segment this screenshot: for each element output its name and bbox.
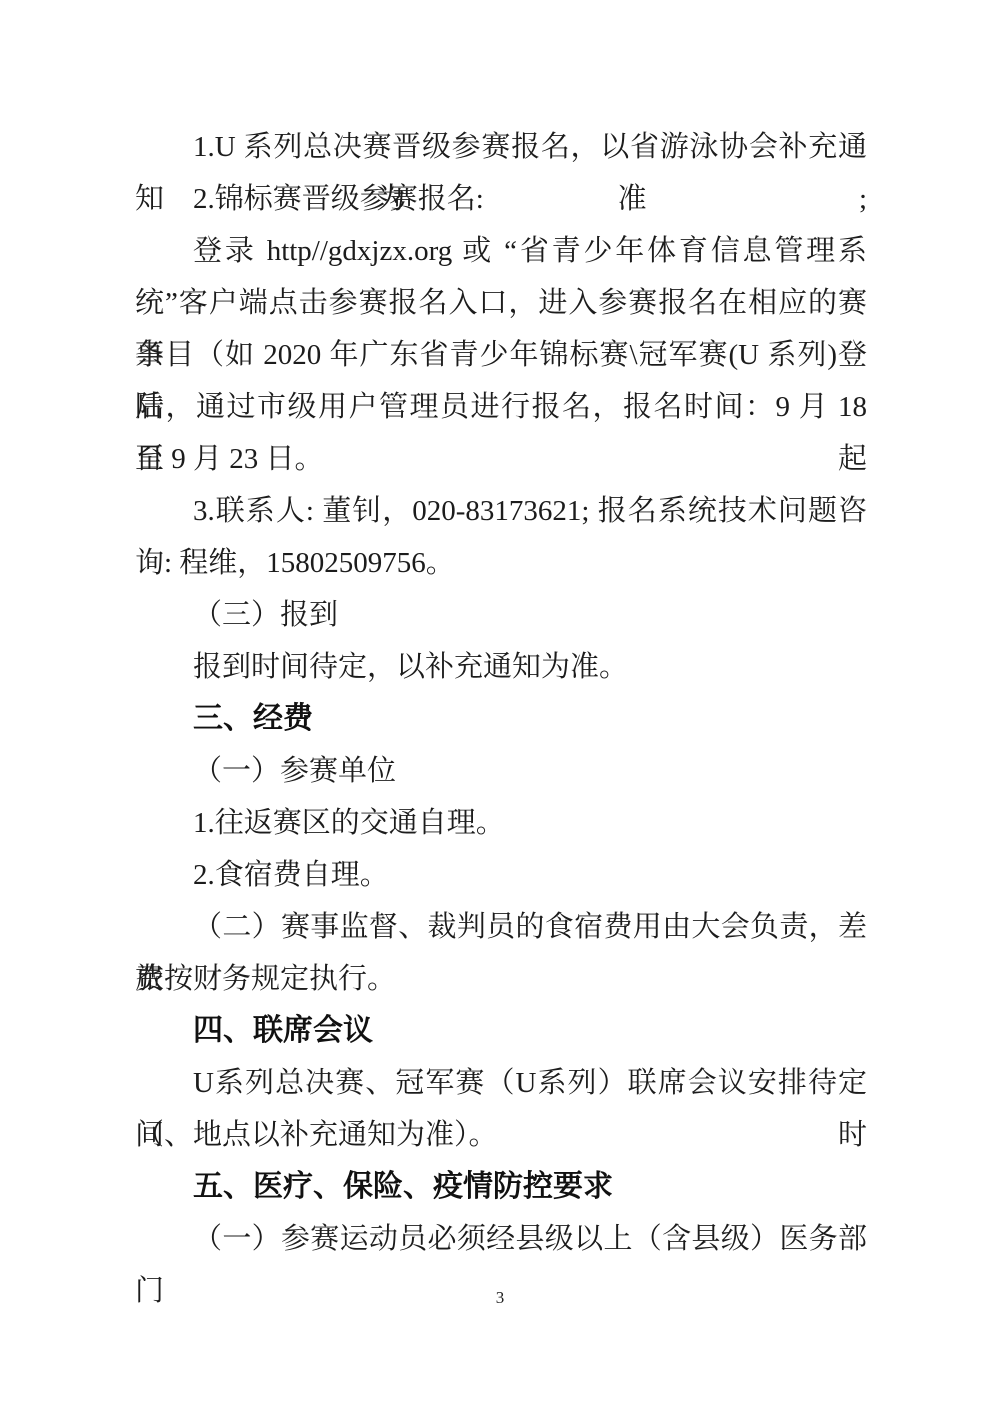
paragraph-line: （三）报到: [135, 589, 867, 641]
document-body: 1.U 系列总决赛晋级参赛报名，以省游泳协会补充通知为准; 2.锦标赛晋级参赛报…: [135, 121, 867, 1265]
paragraph-line: （一）参赛运动员必须经县级以上（含县级）医务部门: [135, 1213, 867, 1265]
section-heading: 五、医疗、保险、疫情防控要求: [135, 1161, 867, 1213]
paragraph-line: 后，通过市级用户管理员进行报名，报名时间：9 月 18 日起: [135, 381, 867, 433]
section-heading: 四、联席会议: [135, 1005, 867, 1057]
paragraph-line: 统”客户端点击参赛报名入口，进入参赛报名在相应的赛事: [135, 277, 867, 329]
paragraph-line: 3.联系人: 董钊，020-83173621; 报名系统技术问题咨: [135, 485, 867, 537]
paragraph-line: 报到时间待定，以补充通知为准。: [135, 641, 867, 693]
paragraph-line: 费按财务规定执行。: [135, 953, 867, 1005]
paragraph-line: 1.往返赛区的交通自理。: [135, 797, 867, 849]
document-page: 1.U 系列总决赛晋级参赛报名，以省游泳协会补充通知为准; 2.锦标赛晋级参赛报…: [0, 0, 1000, 1415]
paragraph-line: 询: 程维，15802509756。: [135, 537, 867, 589]
paragraph-line: （二）赛事监督、裁判员的食宿费用由大会负责，差旅: [135, 901, 867, 953]
section-heading: 三、经费: [135, 693, 867, 745]
paragraph-line: （一）参赛单位: [135, 745, 867, 797]
page-number: 3: [0, 1288, 1000, 1308]
paragraph-line: 登录 http//gdxjzx.org 或 “省青少年体育信息管理系: [135, 225, 867, 277]
paragraph-line: 2.食宿费自理。: [135, 849, 867, 901]
paragraph-line: 条目（如 2020 年广东省青少年锦标赛\冠军赛(U 系列)登陆: [135, 329, 867, 381]
paragraph-line: U系列总决赛、冠军赛（U系列）联席会议安排待定（时: [135, 1057, 867, 1109]
paragraph-line: 1.U 系列总决赛晋级参赛报名，以省游泳协会补充通知为准;: [135, 121, 867, 173]
